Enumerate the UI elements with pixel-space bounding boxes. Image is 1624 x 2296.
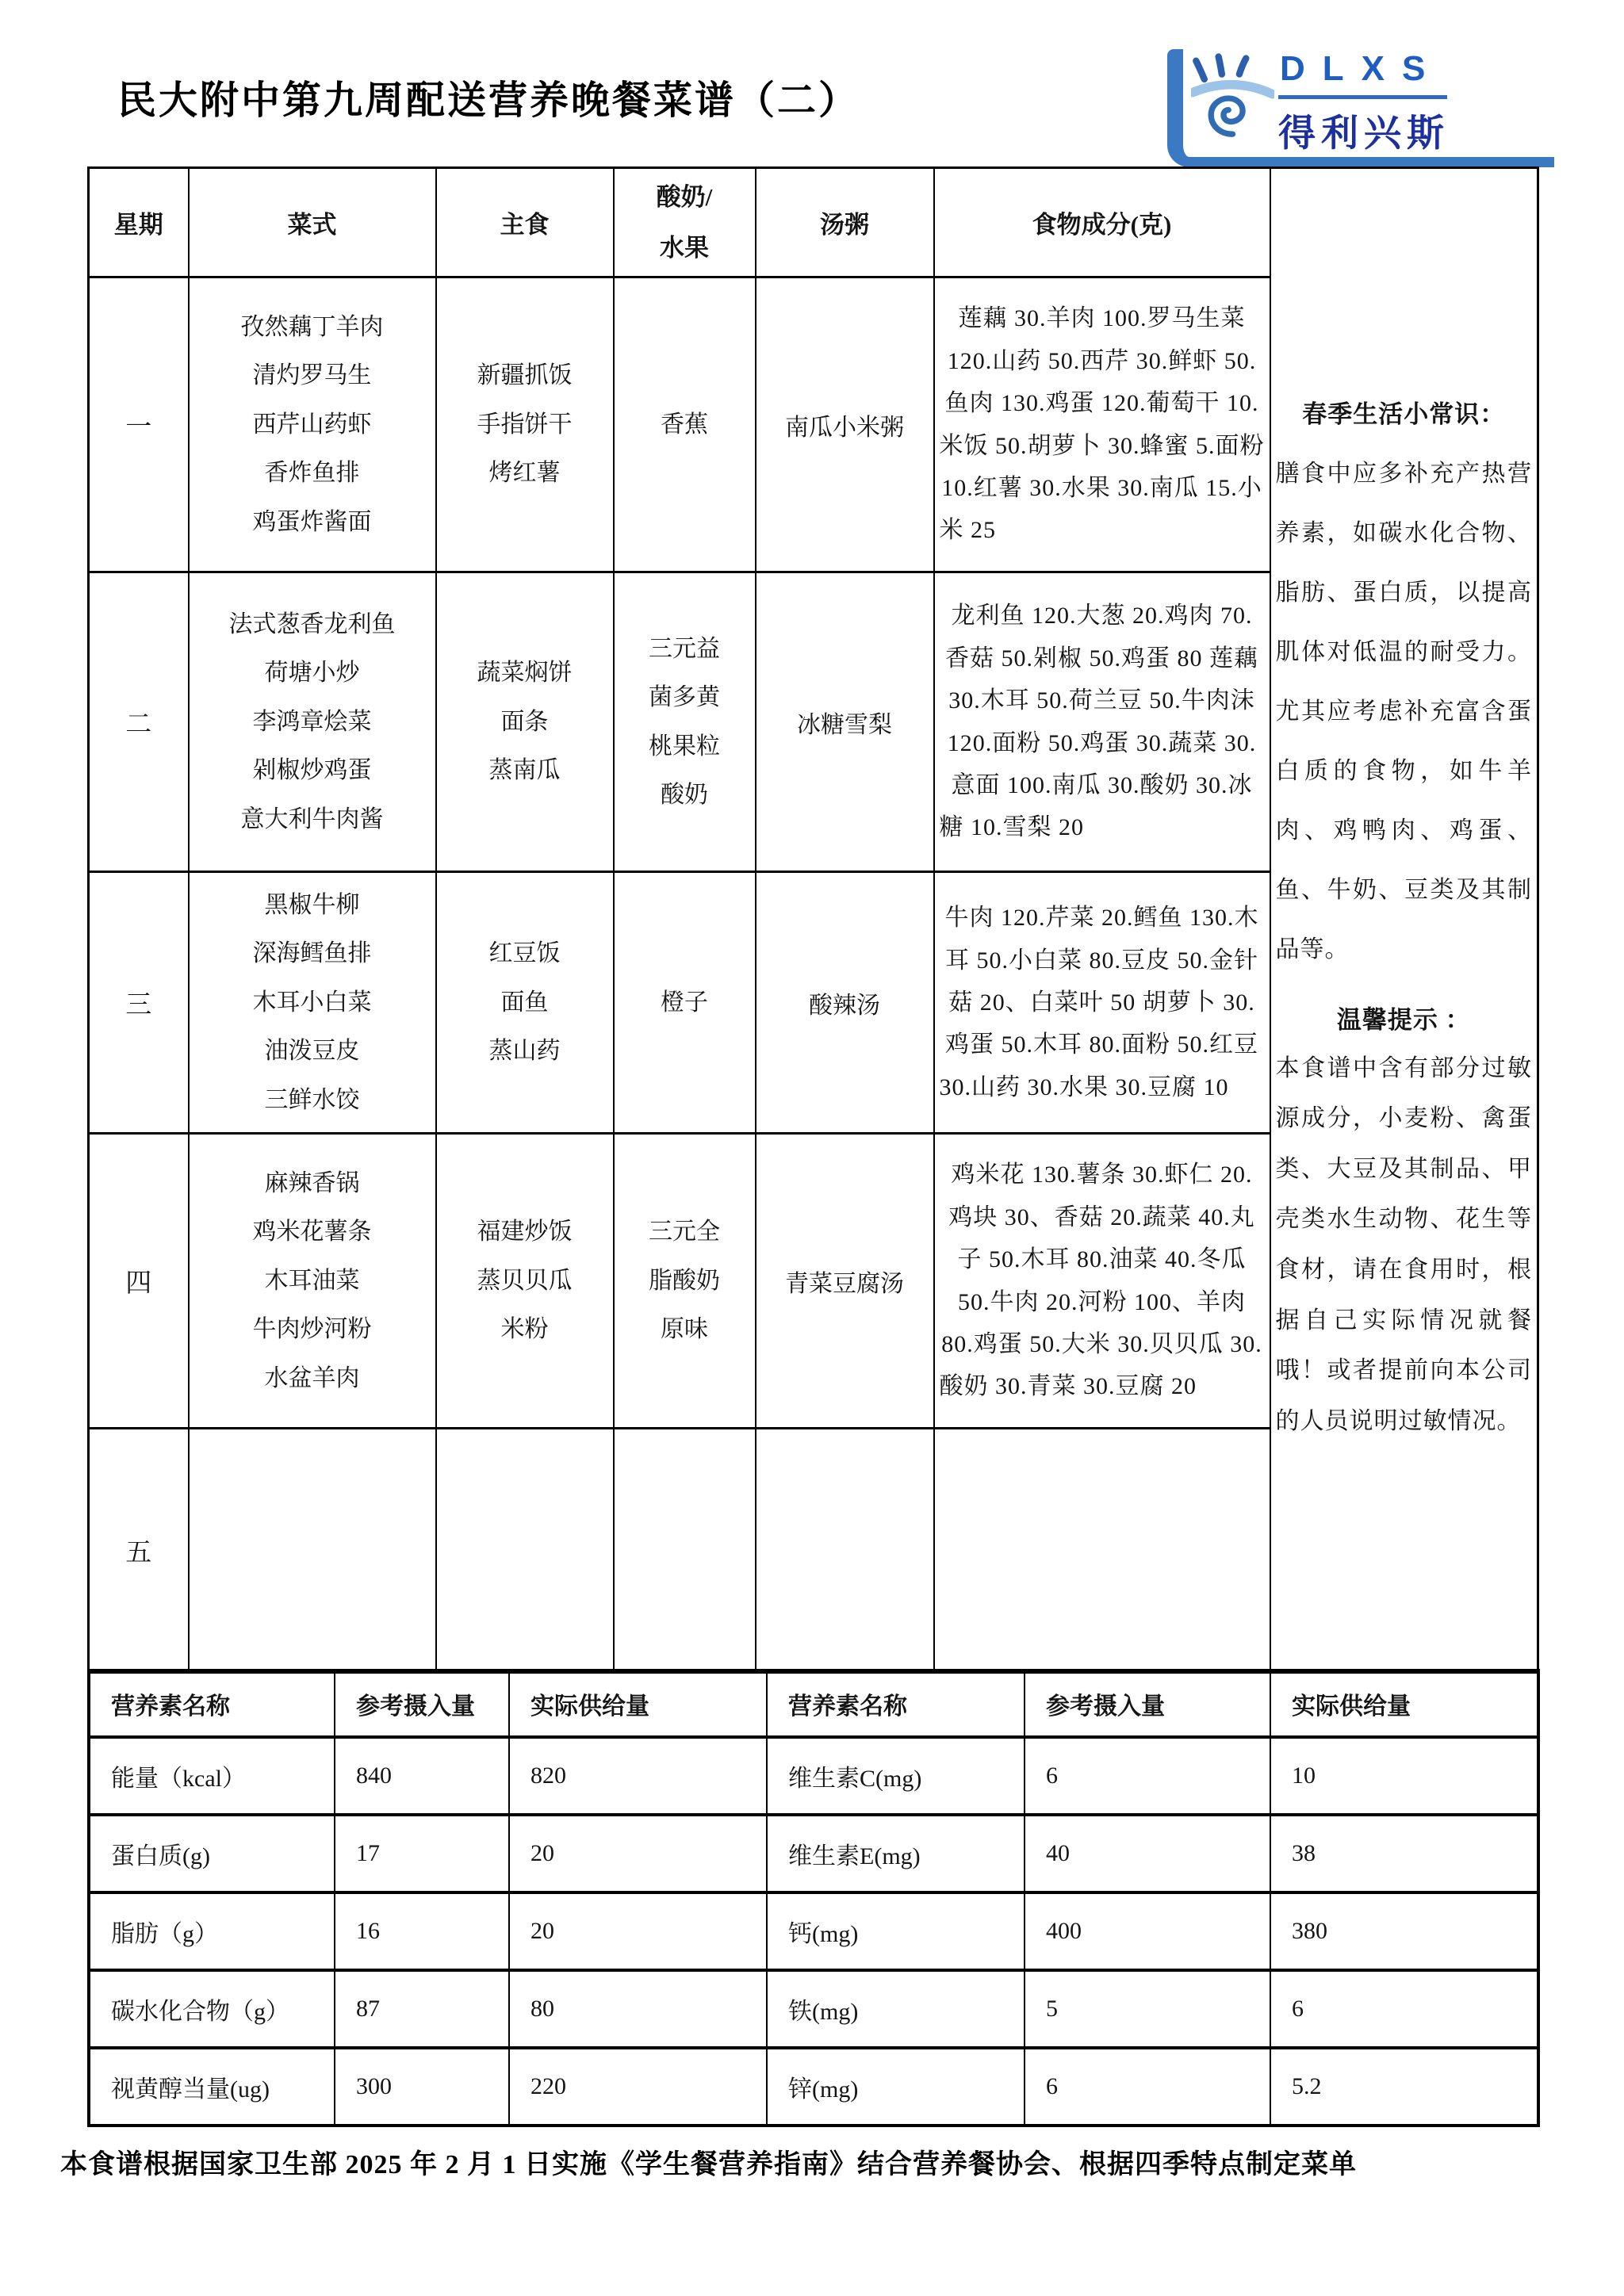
nutrient-name: 锌(mg)	[767, 2048, 1025, 2126]
ingredients-cell: 莲藕 30.羊肉 100.罗马生菜 120.山药 50.西芹 30.鲜虾 50.…	[934, 277, 1270, 572]
footer-note: 本食谱根据国家卫生部 2025 年 2 月 1 日实施《学生餐营养指南》结合营养…	[60, 2142, 1567, 2181]
nutrient-name: 维生素E(mg)	[767, 1815, 1025, 1892]
soup-cell	[756, 1429, 934, 1673]
nutrient-name-header: 营养素名称	[767, 1670, 1025, 1737]
header-dishes: 菜式	[189, 168, 436, 277]
actual-supply-value: 820	[509, 1737, 767, 1815]
yogurt-fruit-cell: 三元全 脂酸奶 原味	[614, 1134, 756, 1429]
reference-intake-value: 5	[1025, 1970, 1270, 2048]
nutrient-name: 能量（kcal）	[89, 1737, 335, 1815]
soup-cell: 酸辣汤	[756, 872, 934, 1134]
nutrition-row: 碳水化合物（g） 87 80 铁(mg) 5 6	[89, 1970, 1538, 2048]
actual-supply-value: 380	[1270, 1892, 1538, 1970]
actual-supply-value: 6	[1270, 1970, 1538, 2048]
staple-cell: 福建炒饭 蒸贝贝瓜 米粉	[436, 1134, 614, 1429]
actual-supply-value: 5.2	[1270, 2048, 1538, 2126]
staple-cell: 新疆抓饭 手指饼干 烤红薯	[436, 277, 614, 572]
staple-cell: 蔬菜焖饼 面条 蒸南瓜	[436, 572, 614, 872]
nutrition-table: 营养素名称 参考摄入量 实际供给量 营养素名称 参考摄入量 实际供给量 能量（k…	[87, 1669, 1540, 2127]
reference-intake-header: 参考摄入量	[1025, 1670, 1270, 1737]
day-label: 一	[89, 277, 189, 572]
header-ingredients: 食物成分(克)	[934, 168, 1270, 277]
header-day: 星期	[89, 168, 189, 277]
actual-supply-value: 80	[509, 1970, 767, 2048]
reference-intake-header: 参考摄入量	[335, 1670, 509, 1737]
nutrient-name-header: 营养素名称	[89, 1670, 335, 1737]
actual-supply-header: 实际供给量	[1270, 1670, 1538, 1737]
nutrition-row: 视黄醇当量(ug) 300 220 锌(mg) 6 5.2	[89, 2048, 1538, 2126]
actual-supply-value: 20	[509, 1815, 767, 1892]
day-label: 五	[89, 1429, 189, 1673]
eye-spiral-icon	[1191, 51, 1274, 150]
soup-cell: 青菜豆腐汤	[756, 1134, 934, 1429]
dishes-cell	[189, 1429, 436, 1673]
reference-intake-value: 16	[335, 1892, 509, 1970]
actual-supply-value: 38	[1270, 1815, 1538, 1892]
reference-intake-value: 300	[335, 2048, 509, 2126]
ingredients-cell: 鸡米花 130.薯条 30.虾仁 20.鸡块 30、香菇 20.蔬菜 40.丸子…	[934, 1134, 1270, 1429]
yogurt-fruit-cell: 橙子	[614, 872, 756, 1134]
dishes-cell: 黑椒牛柳 深海鳕鱼排 木耳小白菜 油泼豆皮 三鲜水饺	[189, 872, 436, 1134]
nutrient-name: 维生素C(mg)	[767, 1737, 1025, 1815]
nutrient-name: 铁(mg)	[767, 1970, 1025, 2048]
day-label: 三	[89, 872, 189, 1134]
staple-cell: 红豆饭 面鱼 蒸山药	[436, 872, 614, 1134]
seasonal-tip-body: 膳食中应多补充产热营养素，如碳水化合物、脂肪、蛋白质，以提高肌体对低温的耐受力。…	[1276, 444, 1533, 979]
sidebar-tips-cell: 春季生活小常识： 膳食中应多补充产热营养素，如碳水化合物、脂肪、蛋白质，以提高肌…	[1270, 168, 1538, 1673]
seasonal-tip-title: 春季生活小常识：	[1276, 394, 1533, 430]
reference-intake-value: 40	[1025, 1815, 1270, 1892]
yogurt-fruit-cell: 三元益 菌多黄 桃果粒 酸奶	[614, 572, 756, 872]
reference-intake-value: 6	[1025, 2048, 1270, 2126]
dishes-cell: 法式葱香龙利鱼 荷塘小炒 李鸿章烩菜 剁椒炒鸡蛋 意大利牛肉酱	[189, 572, 436, 872]
logo-acronym: DLXS	[1278, 49, 1447, 99]
day-label: 四	[89, 1134, 189, 1429]
nutrient-name: 碳水化合物（g）	[89, 1970, 335, 2048]
menu-header-row: 星期 菜式 主食 酸奶/ 水果 汤粥 食物成分(克) 春季生活小常识： 膳食中应…	[89, 168, 1538, 277]
reference-intake-value: 840	[335, 1737, 509, 1815]
actual-supply-value: 10	[1270, 1737, 1538, 1815]
ingredients-cell: 龙利鱼 120.大葱 20.鸡肉 70.香菇 50.剁椒 50.鸡蛋 80 莲藕…	[934, 572, 1270, 872]
dishes-cell: 麻辣香锅 鸡米花薯条 木耳油菜 牛肉炒河粉 水盆羊肉	[189, 1134, 436, 1429]
soup-cell: 南瓜小米粥	[756, 277, 934, 572]
nutrient-name: 蛋白质(g)	[89, 1815, 335, 1892]
nutrition-row: 脂肪（g） 16 20 钙(mg) 400 380	[89, 1892, 1538, 1970]
nutrition-header-row: 营养素名称 参考摄入量 实际供给量 营养素名称 参考摄入量 实际供给量	[89, 1670, 1538, 1737]
day-label: 二	[89, 572, 189, 872]
soup-cell: 冰糖雪梨	[756, 572, 934, 872]
reference-intake-value: 87	[335, 1970, 509, 2048]
nutrient-name: 脂肪（g）	[89, 1892, 335, 1970]
yogurt-fruit-cell: 香蕉	[614, 277, 756, 572]
ingredients-cell: 牛肉 120.芹菜 20.鳕鱼 130.木耳 50.小白菜 80.豆皮 50.金…	[934, 872, 1270, 1134]
header-soup: 汤粥	[756, 168, 934, 277]
nutrition-row: 蛋白质(g) 17 20 维生素E(mg) 40 38	[89, 1815, 1538, 1892]
nutrient-name: 视黄醇当量(ug)	[89, 2048, 335, 2126]
nutrient-name: 钙(mg)	[767, 1892, 1025, 1970]
yogurt-fruit-cell	[614, 1429, 756, 1673]
reference-intake-value: 17	[335, 1815, 509, 1892]
staple-cell	[436, 1429, 614, 1673]
reference-intake-value: 6	[1025, 1737, 1270, 1815]
allergy-notice-body: 本食谱中含有部分过敏源成分，小麦粉、禽蛋类、大豆及其制品、甲壳类水生动物、花生等…	[1276, 1043, 1533, 1447]
header-yogurt-fruit: 酸奶/ 水果	[614, 168, 756, 277]
header-staple: 主食	[436, 168, 614, 277]
actual-supply-header: 实际供给量	[509, 1670, 767, 1737]
company-logo: DLXS 得利兴斯	[1167, 41, 1564, 165]
weekly-menu-table: 星期 菜式 主食 酸奶/ 水果 汤粥 食物成分(克) 春季生活小常识： 膳食中应…	[87, 166, 1539, 1674]
actual-supply-value: 220	[509, 2048, 767, 2126]
allergy-notice-title: 温馨提示 ：	[1276, 1000, 1533, 1035]
logo-company-name: 得利兴斯	[1278, 104, 1532, 157]
page-title: 民大附中第九周配送营养晚餐菜谱（二）	[117, 70, 860, 125]
menu-document-page: 民大附中第九周配送营养晚餐菜谱（二） DLXS 得利兴斯 星期 菜式 主食	[0, 0, 1624, 2296]
logo-text-block: DLXS 得利兴斯	[1278, 49, 1532, 157]
nutrition-row: 能量（kcal） 840 820 维生素C(mg) 6 10	[89, 1737, 1538, 1815]
reference-intake-value: 400	[1025, 1892, 1270, 1970]
ingredients-cell	[934, 1429, 1270, 1673]
dishes-cell: 孜然藕丁羊肉 清灼罗马生 西芹山药虾 香炸鱼排 鸡蛋炸酱面	[189, 277, 436, 572]
actual-supply-value: 20	[509, 1892, 767, 1970]
